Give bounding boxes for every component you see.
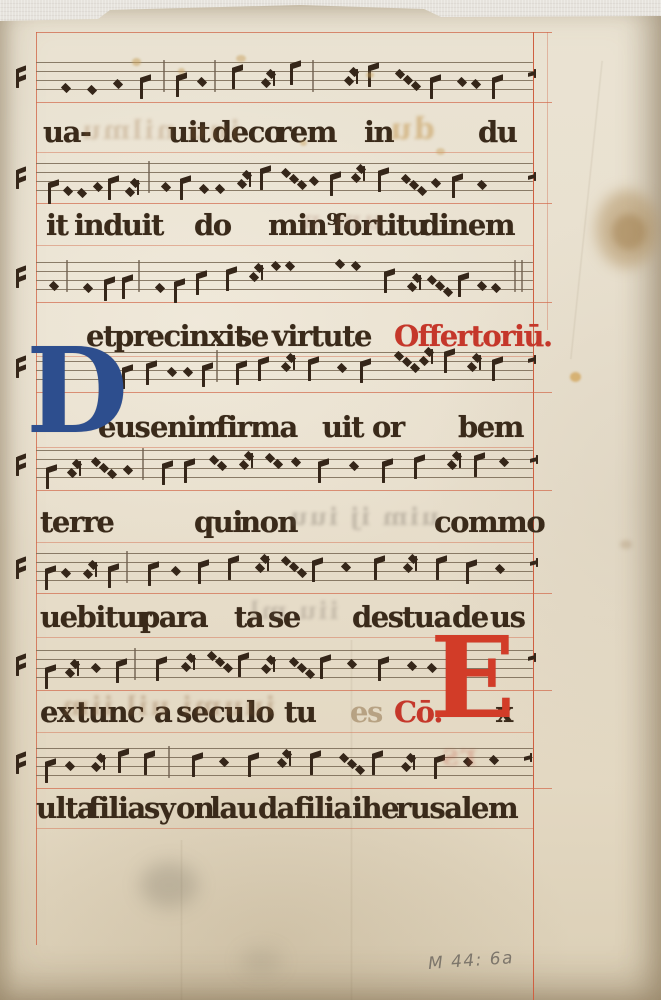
chant-text-word: enim [150, 411, 225, 443]
red-rule [36, 102, 552, 103]
stain [236, 55, 246, 62]
chant-text-word: commo [434, 506, 544, 538]
chant-text-word: filia [88, 792, 145, 824]
stain [178, 68, 185, 74]
chant-text-word: on [176, 792, 213, 824]
chant-text-word: uebitur [40, 601, 150, 633]
manuscript-photo: ua-uitdecoreminduitinduitdomin⁹fortitudi… [0, 0, 661, 1000]
stain [436, 148, 445, 155]
stain [612, 214, 646, 250]
chant-text-word: ihe [352, 792, 398, 824]
red-rule [36, 245, 533, 246]
chant-text-word: sy [144, 792, 174, 824]
chant-text-word: uit [322, 411, 363, 443]
top-margin-rule [36, 32, 552, 33]
stain [300, 140, 307, 146]
chant-text-word: bem [458, 411, 523, 443]
chant-text-word: ulta [36, 792, 94, 824]
red-rule [36, 490, 552, 491]
show-through-text: rs [440, 738, 477, 773]
chant-text-word: induit [74, 209, 163, 241]
chant-text-word: dinem [420, 209, 514, 241]
right-margin-rule-2 [547, 32, 548, 330]
chant-text-word: tu [284, 696, 315, 728]
show-through-text: iiu ml [248, 596, 339, 625]
stain [366, 72, 374, 78]
chant-text-word: filia [294, 792, 351, 824]
vellum-leaf [0, 0, 661, 1000]
chant-text-word: Offertoriū. [394, 320, 552, 352]
stain [240, 948, 282, 974]
chant-text-word: rusalem [396, 792, 517, 824]
illuminated-initial-d: D [26, 344, 126, 438]
chant-text-word: terre [40, 506, 113, 538]
show-through-text: uim ij iuu [288, 502, 439, 531]
chant-text-word: virtute [272, 320, 371, 352]
red-rule [36, 302, 552, 303]
chant-text-word: firma [216, 411, 297, 443]
show-through-text: um n [300, 206, 382, 236]
chant-text-word: lau [210, 792, 256, 824]
show-through-text: iuu nilmu [80, 116, 240, 146]
red-rule [36, 593, 552, 594]
chant-text-word: para [140, 601, 207, 633]
chant-text-word: es [350, 696, 382, 728]
stain [140, 862, 198, 908]
chant-text-word: se [236, 320, 268, 352]
chant-text-word: du [478, 116, 516, 148]
chant-text-word: precinxit [114, 320, 246, 352]
chant-text-word: qui [194, 506, 242, 538]
stain [132, 58, 141, 66]
chant-text-word: do [194, 209, 231, 241]
stain [620, 540, 632, 549]
red-rule [36, 788, 552, 789]
chant-text-word: it [46, 209, 67, 241]
red-rule [36, 203, 552, 204]
chant-text-word: des [352, 601, 403, 633]
red-rule [36, 542, 533, 543]
red-rule [36, 152, 533, 153]
show-through-text: iuumi uil iim [60, 692, 275, 722]
chant-text-word: da [258, 792, 294, 824]
chant-text-word: or [372, 411, 404, 443]
red-rule [36, 828, 533, 829]
stain [570, 372, 581, 382]
illuminated-initial-e: E [430, 634, 513, 724]
show-through-text: du [388, 112, 435, 147]
